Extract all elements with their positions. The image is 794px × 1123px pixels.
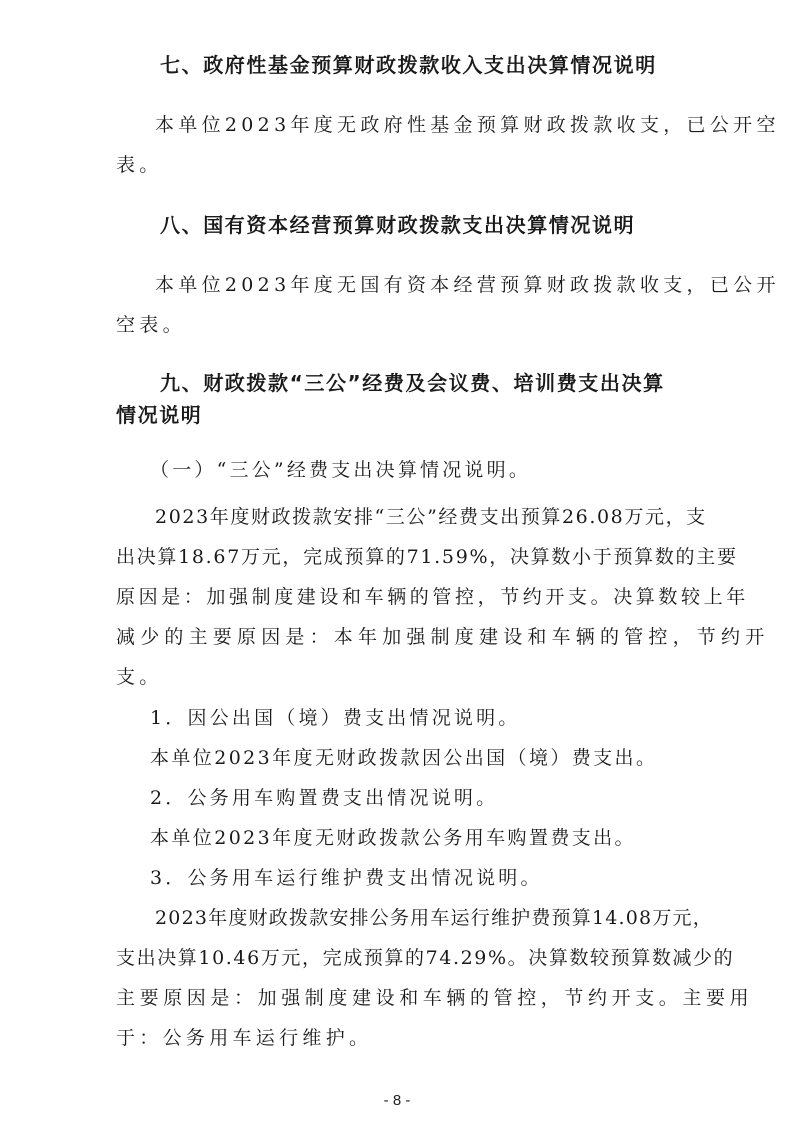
section-8-paragraph-line-1: 本单位2023年度无国有资本经营预算财政拨款收支，已公开 bbox=[155, 273, 780, 297]
summary-line-4: 减少的主要原因是：本年加强制度建设和车辆的管控，节约开 bbox=[116, 625, 769, 649]
summary-line-5: 支。 bbox=[116, 665, 163, 689]
section-7-paragraph-line-2: 表。 bbox=[116, 153, 163, 177]
item-3-text-line-2: 支出决算10.46万元，完成预算的74.29%。决算数较预算数减少的 bbox=[116, 946, 734, 970]
item-3-text-line-4: 于：公务用车运行维护。 bbox=[116, 1026, 372, 1050]
subsection-1-heading: （一）“三公”经费支出决算情况说明。 bbox=[150, 458, 531, 482]
item-2-title: 2．公务用车购置费支出情况说明。 bbox=[150, 786, 498, 810]
item-3-text-line-1: 2023年度财政拨款安排公务用车运行维护费预算14.08万元， bbox=[155, 906, 713, 930]
summary-line-1: 2023年度财政拨款安排“三公”经费支出预算26.08万元，支 bbox=[155, 505, 707, 529]
summary-line-3: 原因是：加强制度建设和车辆的管控，节约开支。决算数较上年 bbox=[116, 585, 749, 609]
item-1-text: 本单位2023年度无财政拨款因公出国（境）费支出。 bbox=[150, 746, 657, 770]
page-number: - 8 - bbox=[0, 1092, 794, 1109]
section-7-paragraph-line-1: 本单位2023年度无政府性基金预算财政拨款收支，已公开空 bbox=[155, 113, 780, 137]
item-3-text-line-3: 主要原因是：加强制度建设和车辆的管控，节约开支。主要用 bbox=[116, 986, 753, 1010]
section-8-paragraph-line-2: 空表。 bbox=[116, 313, 186, 337]
item-3-title: 3．公务用车运行维护费支出情况说明。 bbox=[150, 866, 543, 890]
summary-line-2: 出决算18.67万元，完成预算的71.59%，决算数小于预算数的主要 bbox=[116, 545, 738, 569]
section-8-heading: 八、国有资本经营预算财政拨款支出决算情况说明 bbox=[160, 213, 635, 237]
item-2-text: 本单位2023年度无财政拨款公务用车购置费支出。 bbox=[150, 826, 636, 850]
section-7-heading: 七、政府性基金预算财政拨款收入支出决算情况说明 bbox=[160, 53, 657, 77]
item-1-title: 1．因公出国（境）费支出情况说明。 bbox=[150, 706, 521, 730]
section-9-heading-line-2: 情况说明 bbox=[116, 403, 202, 427]
section-9-heading-line-1: 九、财政拨款“三公”经费及会议费、培训费支出决算 bbox=[160, 371, 665, 395]
